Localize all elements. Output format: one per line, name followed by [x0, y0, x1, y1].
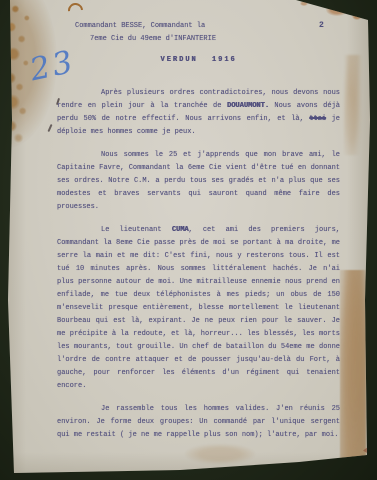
- document-author-line: Commandant BESSE, Commandant la: [75, 20, 340, 33]
- struck-out-word: ttai: [309, 115, 326, 123]
- paragraph: Le lieutenant CUMA, cet ami des premiers…: [57, 224, 340, 393]
- text-segment: , cet ami des premiers jours, Commandant…: [57, 226, 340, 390]
- paragraph: Je rassemble tous les hommes valides. J'…: [57, 403, 340, 442]
- text-segment: CUMA: [172, 226, 189, 234]
- stain-right-upper: [344, 55, 362, 155]
- document-title: VERDUN 1916: [57, 54, 340, 67]
- typewritten-document: Commandant BESSE, Commandant la 7eme Cie…: [57, 20, 340, 452]
- paper-sheet: 23 2 Commandant BESSE, Commandant la 7em…: [0, 0, 377, 480]
- text-segment: Le lieutenant: [101, 226, 172, 234]
- scanned-photo: 23 2 Commandant BESSE, Commandant la 7em…: [0, 0, 377, 480]
- stain-top-edge: [300, 1, 308, 6]
- paragraph: Nous sommes le 25 et j'apprends que mon …: [57, 149, 340, 214]
- document-body: Après plusieurs ordres contradictoires, …: [57, 87, 340, 442]
- stain-ring-mark: [65, 0, 86, 21]
- text-segment: Nous sommes le 25 et j'apprends que mon …: [57, 151, 340, 211]
- text-segment: Je rassemble tous les hommes valides. J'…: [57, 405, 340, 439]
- text-segment: DOUAUMONT.: [227, 102, 269, 110]
- paper-tear: [363, 444, 372, 456]
- paragraph: Après plusieurs ordres contradictoires, …: [57, 87, 340, 139]
- stain-top-right: [326, 4, 348, 16]
- stain-top-right-small: [352, 12, 362, 20]
- stain-right-streak: [340, 270, 366, 470]
- document-unit-line: 7eme Cie du 49eme d'INFANTERIE: [90, 33, 340, 46]
- pen-tick-mark: [47, 124, 52, 132]
